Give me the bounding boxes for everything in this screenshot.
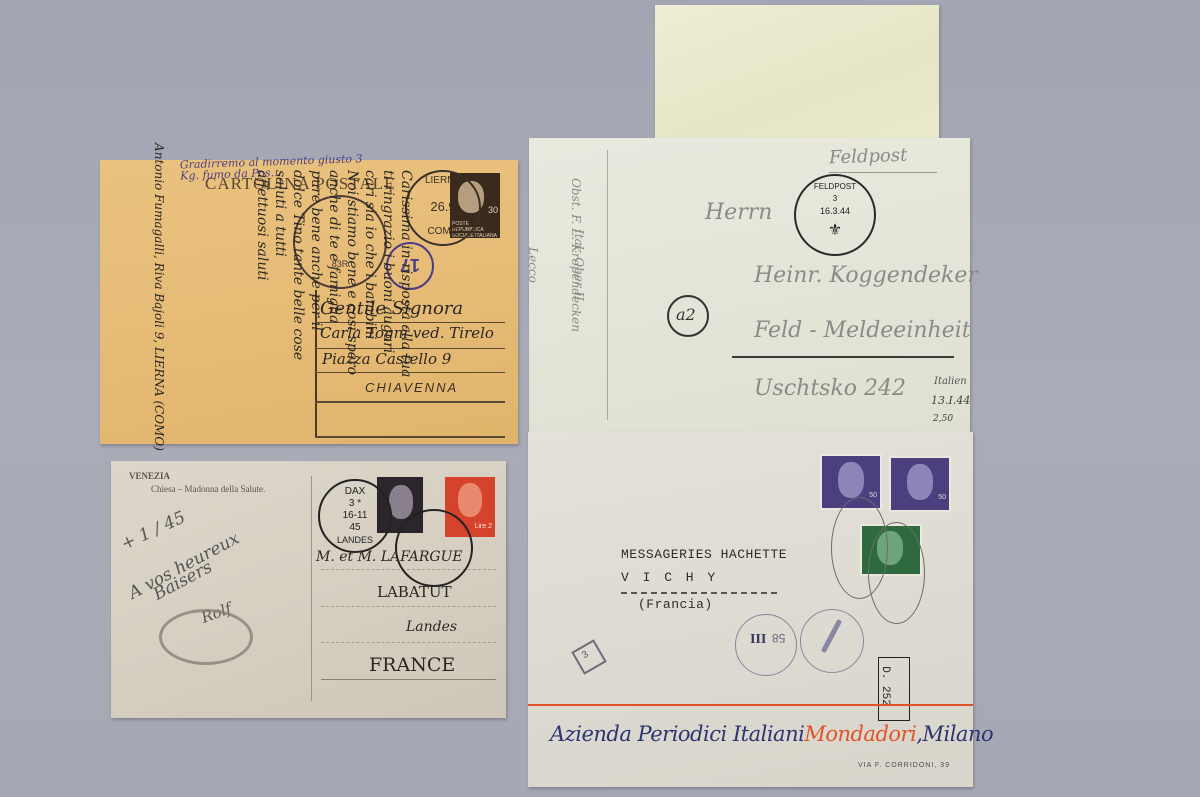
accent-line [528, 704, 973, 706]
letter-sheet [655, 5, 939, 145]
dax-postmark-2 [395, 509, 473, 587]
address-line-1: M. et M. LAFARGUE [316, 549, 463, 565]
address-line-3: Landes [406, 619, 457, 635]
lierna-postmark: LIERNA 26.9 COMO [405, 170, 481, 246]
feldpost-envelope: Feldpost FELDPOST 3 16.3.44 ⚜ a2 Herrn H… [529, 138, 970, 435]
feldpost-postmark: FELDPOST 3 16.3.44 ⚜ [794, 174, 876, 256]
address-line-1: Herrn [705, 200, 772, 225]
portrait-icon [838, 462, 864, 498]
address-line-2: V I C H Y [621, 570, 718, 585]
address-line-3: Feld - Meldeeinheit [754, 318, 971, 343]
mondadori-envelope: MESSAGERIES HACHETTE V I C H Y (Francia)… [528, 432, 973, 787]
eagle-icon: ⚜ [796, 220, 874, 240]
address-underline [621, 592, 777, 594]
divider-line [607, 150, 608, 420]
venezia-postcard: VENEZIA Chiesa – Madonna della Salute. +… [111, 461, 506, 718]
address-line-2: LABATUT [377, 583, 451, 601]
sender: Antonio Fumagalli, Riva Bajoli 9, LIERNA… [152, 143, 166, 451]
message-block: Carissima in risposta alla tua ti ringra… [210, 170, 415, 445]
address-line-4: Uschtsko 242 [754, 376, 906, 401]
cartolina-postale: CARTOLINA POSTALE Gradirremo al momento … [100, 160, 518, 444]
address-footer: VIA F. CORRIDONI, 39 [858, 762, 950, 769]
address-line-1: MESSAGERIES HACHETTE [621, 547, 787, 562]
portrait-icon [907, 464, 933, 500]
censor-mark-round: III 58 [735, 614, 797, 676]
address-line-2: Heinr. Koggendeker [754, 263, 978, 288]
censor-mark-slash [800, 609, 864, 673]
portrait-icon [458, 483, 482, 517]
dax-postmark: DAX 3 * 16-11 45 LANDES [318, 479, 392, 553]
oval-stamp-mark [159, 609, 253, 665]
postmark-2 [868, 522, 925, 624]
printed-title: VENEZIA [129, 471, 170, 481]
address-line-3: (Francia) [638, 597, 713, 612]
address-line-4: FRANCE [369, 654, 455, 676]
feldpost-header-note: Feldpost [829, 145, 908, 169]
address-underline [732, 356, 954, 358]
censor-mark: a2 [667, 295, 709, 337]
letterhead: Azienda Periodici ItalianiMondadori,Mila… [550, 722, 993, 746]
underline [829, 172, 937, 173]
printed-caption: Chiesa – Madonna della Salute. [151, 484, 265, 494]
small-mark: 3 [571, 639, 607, 675]
registration-box: D. 252 [878, 657, 910, 721]
stamp-violet-50-2: 50 [889, 456, 951, 512]
portrait-icon [389, 485, 413, 519]
